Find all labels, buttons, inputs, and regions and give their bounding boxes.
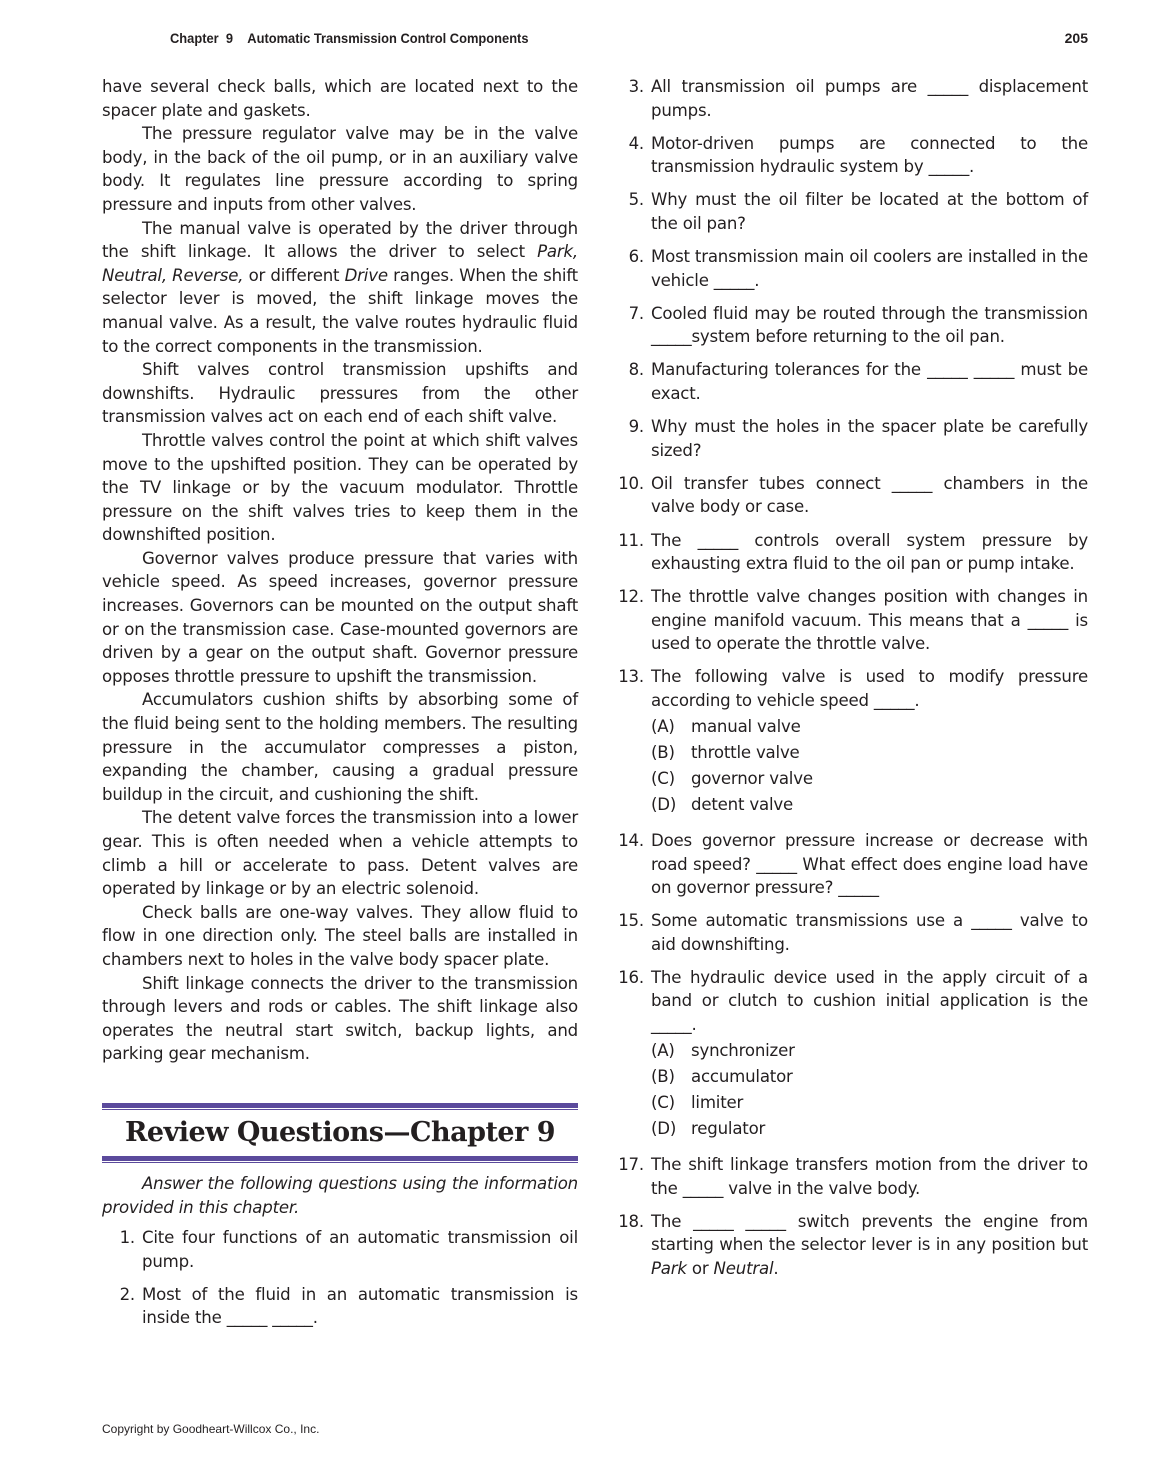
question-text: The following valve is used to modify pr… [651,667,1088,710]
question-item: 5.Why must the oil filter be located at … [614,188,1088,235]
answer-option: (C)limiter [651,1091,1088,1117]
question-item: 17.The shift linkage transfers motion fr… [614,1153,1088,1200]
body-paragraph: The detent valve forces the transmission… [102,806,578,900]
question-item: 6.Most transmission main oil coolers are… [614,245,1088,292]
question-text: Why must the holes in the spacer plate b… [651,417,1088,460]
question-number: 11. [614,529,644,553]
question-number: 18. [614,1210,644,1234]
answer-option: (D)regulator [651,1117,1088,1143]
answer-option: (D)detent valve [651,793,1088,819]
question-number: 16. [614,966,644,990]
question-text: All transmission oil pumps are _____ dis… [651,77,1088,120]
body-text-column: have several check balls, which are loca… [102,75,578,1066]
question-item: 9.Why must the holes in the spacer plate… [614,415,1088,462]
question-number: 15. [614,909,644,933]
question-text: Most transmission main oil coolers are i… [651,247,1088,290]
question-number: 7. [614,302,644,326]
question-number: 3. [614,75,644,99]
answer-option: (B)accumulator [651,1065,1088,1091]
option-letter: (C) [651,1091,675,1115]
question-item: 3.All transmission oil pumps are _____ d… [614,75,1088,122]
question-number: 12. [614,585,644,609]
section-title: Review Questions—Chapter 9 [102,1109,578,1156]
option-text: regulator [691,1119,765,1138]
question-item: 11.The _____ controls overall system pre… [614,529,1088,576]
question-text: The _____ controls overall system pressu… [651,531,1088,574]
italic-term: Drive [345,266,388,285]
question-text: The hydraulic device used in the apply c… [651,968,1088,1034]
answer-options: (A)manual valve (B)throttle valve (C)gov… [651,715,1088,820]
answer-option: (B)throttle valve [651,741,1088,767]
question-item: 8.Manufacturing tolerances for the _____… [614,358,1088,405]
question-item: 13.The following valve is used to modify… [614,665,1088,819]
option-letter: (D) [651,793,676,817]
answer-option: (C)governor valve [651,767,1088,793]
question-number: 10. [614,472,644,496]
question-number: 6. [614,245,644,269]
italic-term: Park [651,1259,687,1278]
review-questions-left: 1.Cite four functions of an automatic tr… [102,1226,578,1339]
question-item: 15.Some automatic transmissions use a __… [614,909,1088,956]
question-number: 17. [614,1153,644,1177]
question-item: 14.Does governor pressure increase or de… [614,829,1088,900]
question-text: Motor-driven pumps are connected to the … [651,134,1088,177]
question-item: 10.Oil transfer tubes connect _____ cham… [614,472,1088,519]
italic-term: Neutral [714,1259,774,1278]
option-letter: (A) [651,715,675,739]
option-text: governor valve [691,769,813,788]
chapter-title: Automatic Transmission Control Component… [247,30,528,46]
question-item: 2.Most of the fluid in an automatic tran… [102,1283,578,1330]
question-number: 14. [614,829,644,853]
question-item: 12.The throttle valve changes position w… [614,585,1088,656]
question-text: Most of the fluid in an automatic transm… [142,1285,578,1328]
answer-option: (A)manual valve [651,715,1088,741]
review-questions-right: 3.All transmission oil pumps are _____ d… [614,75,1088,1290]
body-paragraph: Governor valves produce pressure that va… [102,547,578,689]
question-text: Cite four functions of an automatic tran… [142,1228,578,1271]
question-number: 1. [102,1226,135,1250]
body-paragraph: Throttle valves control the point at whi… [102,429,578,547]
question-number: 8. [614,358,644,382]
option-letter: (B) [651,741,675,765]
running-head: Chapter 9 Automatic Transmission Control… [170,30,1015,50]
question-text: The _____ _____ switch prevents the engi… [651,1212,1088,1278]
review-heading-block: Review Questions—Chapter 9 [102,1103,578,1162]
question-text: Does governor pressure increase or decre… [651,831,1088,897]
option-letter: (C) [651,767,675,791]
option-letter: (A) [651,1039,675,1063]
heading-rule-bottom [102,1156,578,1162]
question-item: 1.Cite four functions of an automatic tr… [102,1226,578,1273]
option-letter: (B) [651,1065,675,1089]
option-text: detent valve [691,795,793,814]
body-paragraph: Check balls are one-way valves. They all… [102,901,578,972]
option-letter: (D) [651,1117,676,1141]
question-item: 4.Motor-driven pumps are connected to th… [614,132,1088,179]
option-text: accumulator [691,1067,793,1086]
answer-option: (A)synchronizer [651,1039,1088,1065]
question-text: Some automatic transmissions use a _____… [651,911,1088,954]
question-text: Cooled fluid may be routed through the t… [651,304,1088,347]
option-text: manual valve [691,717,801,736]
page-number: 205 [1065,30,1088,46]
question-text: Oil transfer tubes connect _____ chamber… [651,474,1088,517]
copyright-footer: Copyright by Goodheart-Willcox Co., Inc. [102,1422,319,1436]
review-instructions: Answer the following questions using the… [102,1172,578,1219]
question-text: The throttle valve changes position with… [651,587,1088,653]
body-paragraph: Accumulators cushion shifts by absorbing… [102,688,578,806]
question-number: 4. [614,132,644,156]
option-text: limiter [691,1093,743,1112]
question-number: 13. [614,665,644,689]
body-paragraph: The pressure regulator valve may be in t… [102,122,578,216]
question-text: Manufacturing tolerances for the _____ _… [651,360,1088,403]
question-text: Why must the oil filter be located at th… [651,190,1088,233]
question-item: 7.Cooled fluid may be routed through the… [614,302,1088,349]
answer-options: (A)synchronizer (B)accumulator (C)limite… [651,1039,1088,1144]
question-item: 18.The _____ _____ switch prevents the e… [614,1210,1088,1281]
option-text: synchronizer [691,1041,795,1060]
body-paragraph: have several check balls, which are loca… [102,75,578,122]
option-text: throttle valve [691,743,800,762]
question-text: The shift linkage transfers motion from … [651,1155,1088,1198]
body-paragraph: Shift valves control transmission upshif… [102,358,578,429]
question-number: 2. [102,1283,135,1307]
body-paragraph: The manual valve is operated by the driv… [102,217,578,359]
question-item: 16.The hydraulic device used in the appl… [614,966,1088,1144]
question-number: 9. [614,415,644,439]
body-paragraph: Shift linkage connects the driver to the… [102,972,578,1066]
chapter-label: Chapter 9 [170,30,233,46]
question-number: 5. [614,188,644,212]
